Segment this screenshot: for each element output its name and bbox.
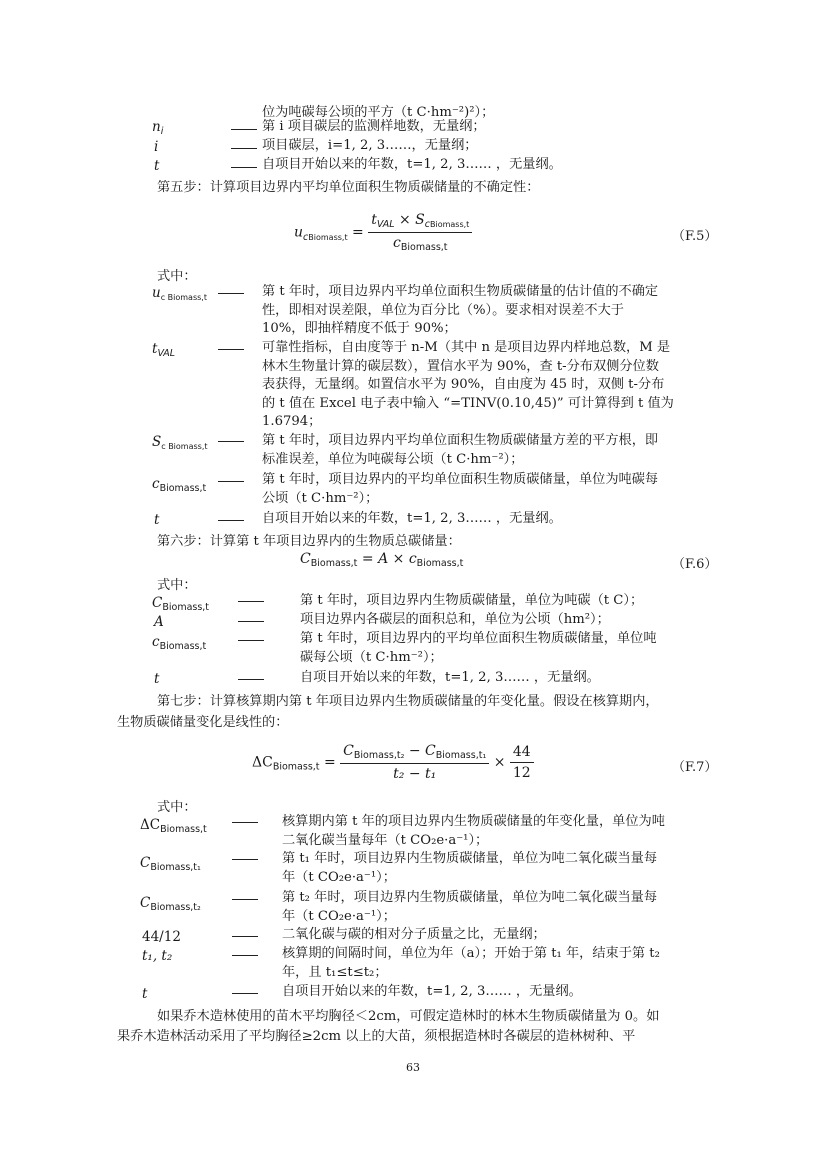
dash-separator xyxy=(232,899,258,900)
symbol-t: t xyxy=(154,512,159,528)
dash-separator xyxy=(238,621,264,622)
definition-t: 自项目开始以来的年数，t=1, 2, 3…… ，无量纲。 xyxy=(300,669,600,688)
dash-separator xyxy=(232,936,258,937)
where-label: 式中： xyxy=(157,574,197,593)
equation-f6: CBiomass,t = A × cBiomass,t xyxy=(300,551,463,569)
symbol-C-biomass-t1: CBiomass,t₁ xyxy=(140,855,201,873)
definition-t: 自项目开始以来的年数，t=1, 2, 3…… ，无量纲。 xyxy=(262,156,562,175)
symbol-u-c-biomass: uc Biomass,t xyxy=(152,285,207,302)
symbol-t: t xyxy=(154,158,159,174)
step7-heading-line1: 第七步：计算核算期内第 t 年项目边界内生物质碳储量的年变化量。假设在核算期内， xyxy=(157,690,659,709)
symbol-t: t xyxy=(154,671,159,687)
symbol-c-biomass: cBiomass,t xyxy=(152,476,206,494)
step5-heading: 第五步：计算项目边界内平均单位面积生物质碳储量的不确定性： xyxy=(157,176,539,195)
equation-number-f7: （F.7） xyxy=(672,756,717,775)
symbol-t1-t2: t₁, t₂ xyxy=(142,948,172,964)
definition-c-biomass: 第 t 年时，项目边界内的平均单位面积生物质碳储量，单位为吨碳每 公顷（t C·… xyxy=(262,471,658,508)
definition-C-biomass-t1: 第 t₁ 年时，项目边界内生物质碳储量，单位为吨二氧化碳当量每 年（t CO₂e… xyxy=(282,850,657,887)
symbol-C-biomass: CBiomass,t xyxy=(152,595,209,613)
symbol-c-biomass: cBiomass,t xyxy=(152,634,206,652)
dash-separator xyxy=(218,293,244,294)
dash-separator xyxy=(238,679,264,680)
dash-separator xyxy=(238,640,264,641)
dash-separator xyxy=(218,481,244,482)
symbol-C-biomass-t2: CBiomass,t₂ xyxy=(140,895,201,913)
definition-s-c-biomass: 第 t 年时，项目边界内平均单位面积生物质碳储量方差的平方根，即 标准误差，单位… xyxy=(262,432,658,469)
definition-A: 项目边界内各碳层的面积总和，单位为公顷（hm²）； xyxy=(300,611,610,630)
definition-delta-C-biomass: 核算期内第 t 年的项目边界内生物质碳储量的年变化量，单位为吨 二氧化碳当量每年… xyxy=(282,813,665,850)
definition-t-val: 可靠性指标，自由度等于 n-M（其中 n 是项目边界内样地总数，M 是 林木生物… xyxy=(262,339,674,432)
page-number: 63 xyxy=(406,1061,420,1074)
symbol-s-c-biomass: Sc Biomass,t xyxy=(152,434,208,451)
definition-t1-t2: 核算期的间隔时间，单位为年（a）；开始于第 t₁ 年，结束于第 t₂ 年，且 t… xyxy=(282,945,660,982)
closing-paragraph-line1: 如果乔木造林使用的苗木平均胸径＜2cm，可假定造林时的林木生物质碳储量为 0。如 xyxy=(157,1005,659,1024)
dash-separator xyxy=(218,441,244,442)
equation-number-f5: （F.5） xyxy=(672,225,717,244)
symbol-delta-C-biomass: ΔCBiomass,t xyxy=(140,817,207,835)
definition-n-i: 第 i 项目碳层的监测样地数，无量纲； xyxy=(262,118,486,137)
step7-heading-line2: 生物质碳储量变化是线性的： xyxy=(117,711,288,730)
step6-heading: 第六步：计算第 t 年项目边界内的生物质总碳储量： xyxy=(157,530,461,549)
dash-separator xyxy=(232,822,258,823)
symbol-t: t xyxy=(142,986,147,1002)
definition-t: 自项目开始以来的年数，t=1, 2, 3…… ，无量纲。 xyxy=(262,510,562,529)
dash-separator xyxy=(218,520,244,521)
equation-f5: ucBiomass,t = tVAL × ScBiomass,t cBiomas… xyxy=(294,212,472,253)
definition-44-12: 二氧化碳与碳的相对分子质量之比，无量纲； xyxy=(282,926,546,945)
dash-separator xyxy=(232,955,258,956)
definition-c-biomass: 第 t 年时，项目边界内的平均单位面积生物质碳储量，单位吨 碳每公顷（t C·h… xyxy=(300,630,657,667)
symbol-n-i: ni xyxy=(152,119,163,137)
symbol-t-val: tVAL xyxy=(152,341,175,359)
definition-C-biomass-t2: 第 t₂ 年时，项目边界内生物质碳储量，单位为吨二氧化碳当量每 年（t CO₂e… xyxy=(282,889,657,926)
dash-separator xyxy=(231,129,257,130)
definition-C-biomass: 第 t 年时，项目边界内生物质碳储量，单位为吨碳（t C）； xyxy=(300,592,643,611)
closing-paragraph-line2: 果乔木造林活动采用了平均胸径≥2cm 以上的大苗，须根据造林时各碳层的造林树种、… xyxy=(117,1025,635,1044)
dash-separator xyxy=(232,993,258,994)
equation-f7: ΔCBiomass,t = CBiomass,t₂ − CBiomass,t₁ … xyxy=(252,743,534,782)
dash-separator xyxy=(232,859,258,860)
where-label: 式中： xyxy=(157,796,197,815)
dash-separator xyxy=(238,601,264,602)
dash-separator xyxy=(231,167,257,168)
definition-i: 项目碳层，i=1, 2, 3……，无量纲； xyxy=(262,137,477,156)
symbol-i: i xyxy=(154,139,158,155)
definition-t: 自项目开始以来的年数，t=1, 2, 3…… ，无量纲。 xyxy=(282,983,582,1002)
symbol-44-12: 44/12 xyxy=(142,929,181,945)
definition-u-c-biomass: 第 t 年时，项目边界内平均单位面积生物质碳储量的估计值的不确定 性，即相对误差… xyxy=(262,283,658,339)
where-label: 式中： xyxy=(157,265,197,284)
dash-separator xyxy=(218,349,244,350)
dash-separator xyxy=(231,148,257,149)
equation-number-f6: （F.6） xyxy=(672,553,717,572)
symbol-A: A xyxy=(154,614,164,630)
